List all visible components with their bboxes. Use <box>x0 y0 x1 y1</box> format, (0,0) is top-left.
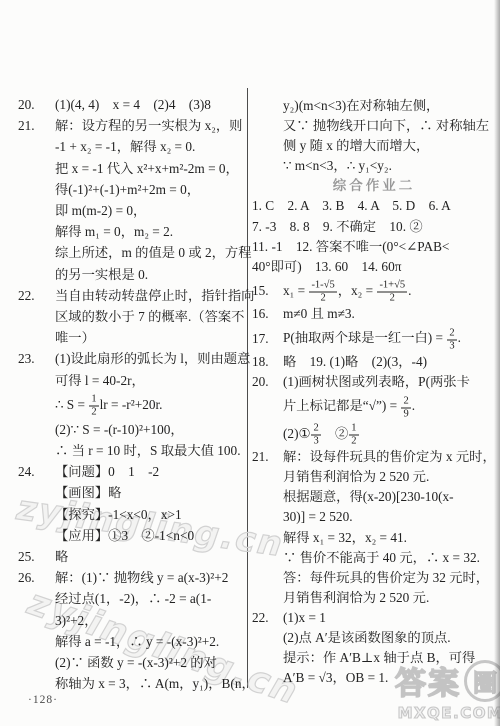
line-text: (1)设此扇形的弧长为 l，则由题意 <box>55 348 250 369</box>
line-text: 【探究】-1<x<0，x>1 <box>55 504 182 525</box>
answer-line: 22.当自由转动转盘停止时，指针指向 <box>18 285 248 306</box>
line-text: (2)∵ 函数 y = -(x-3)²+2 的对 <box>55 652 217 673</box>
line-text: 侧 y 随 x 的增大而增大， <box>283 136 429 156</box>
line-text: 又∵ 抛物线开口向下，∴ 对称轴左 <box>283 116 489 136</box>
line-text: (2)点 A′是该函数图象的顶点. <box>283 628 451 648</box>
answer-line: 15.x₁ = -1-√52，x₂ = -1+√52. <box>252 277 496 305</box>
line-text: 片上标记都是“√”) = 29. <box>283 392 415 420</box>
line-text: 解得 a = -1，∴ y = -(x-3)²+2. <box>55 631 219 652</box>
scanned-answer-page: zyjingling.cn zyjingling.cn 20.(1)(4, 4)… <box>0 0 500 726</box>
answer-line: 可得 l = 40-2r， <box>18 370 248 391</box>
line-text: 【画图】略 <box>55 482 121 503</box>
line-text: 11. -1 12. 答案不唯一(0°<∠PAB< <box>252 237 449 257</box>
answer-line: 解得 m₁ = 0，m₂ = 2. <box>18 221 248 242</box>
line-text: 30)] = 2 520. <box>283 507 353 527</box>
line-text: (1)x = 1 <box>283 608 326 628</box>
line-text: 月销售利润恰为 2 520 元. <box>283 588 429 608</box>
answer-line: 得(-1)²+(-1)+m²+2m = 0， <box>18 179 248 200</box>
answer-line: 3)²+2， <box>18 610 248 631</box>
line-text: 解得 m₁ = 0，m₂ = 2. <box>55 221 173 242</box>
answer-line: 40°即可) 13. 60 14. 60π <box>252 257 496 277</box>
answer-line: 即 m(m-2) = 0， <box>18 200 248 221</box>
answer-line: 23.(1)设此扇形的弧长为 l，则由题意 <box>18 348 248 369</box>
line-text: 解：设方程的另一实根为 x₂，则 <box>55 115 242 136</box>
answer-line: 30)] = 2 520. <box>252 507 496 527</box>
answer-line: 【应用】①3 ②-1<n<0 <box>18 525 248 546</box>
line-text: (2)∵ S = -(r-10)²+100， <box>55 419 184 440</box>
line-text: 解得 x₁ = 32，x₂ = 41. <box>283 528 407 548</box>
answer-line: ∵ m<n<3，∴ y₁<y₂. <box>252 156 496 176</box>
line-text: -1 + x₂ = -1，解得 x₂ = 0. <box>55 136 195 157</box>
line-text: 区域的数小于 7 的概率.（答案不 <box>55 306 244 327</box>
line-text: 唯一） <box>55 327 95 348</box>
answer-line: 11. -1 12. 答案不唯一(0°<∠PAB< <box>252 237 496 257</box>
answer-line: 答：每件玩具的售价定为 32 元时， <box>252 568 496 588</box>
line-text: 7. -3 8. 8 9. 不确定 10. ② <box>252 217 423 237</box>
answer-line: -1 + x₂ = -1，解得 x₂ = 0. <box>18 136 248 157</box>
line-text: 3)²+2， <box>55 610 98 631</box>
answer-line: 解得 x₁ = 32，x₂ = 41. <box>252 528 496 548</box>
fraction: 12 <box>89 394 98 419</box>
answer-line: 7. -3 8. 8 9. 不确定 10. ② <box>252 217 496 237</box>
line-text: 可得 l = 40-2r， <box>55 370 145 391</box>
answer-line: 解得 a = -1，∴ y = -(x-3)²+2. <box>18 631 248 652</box>
line-text: 略 19. (1)略 (2)(3，-4) <box>283 352 427 372</box>
right-column: y₂)(m<n<3)在对称轴左侧，又∵ 抛物线开口向下，∴ 对称轴左侧 y 随 … <box>252 96 496 688</box>
line-text: ∴ 当 r = 10 时，S 取最大值 100. <box>55 440 241 461</box>
item-number: 22. <box>18 285 55 306</box>
answer-line: 25.略 <box>18 546 248 567</box>
answer-line: 21.解：设每件玩具的售价定为 x 元时， <box>252 447 496 467</box>
answer-line: 月销售利润恰为 2 520 元. <box>252 467 496 487</box>
answer-line: (2)点 A′是该函数图象的顶点. <box>252 628 496 648</box>
item-number: 15. <box>252 277 283 304</box>
answer-line: 20.(1)(4, 4) x = 4 (2)4 (3)8 <box>18 94 248 115</box>
answer-line: (2)①23 ②12 <box>252 420 496 448</box>
item-number: 25. <box>18 546 55 567</box>
answer-line: 月销售利润恰为 2 520 元. <box>252 588 496 608</box>
answer-circle-logo: 答案 圈 MXQE.COM <box>395 658 500 722</box>
answer-line: 经过点(1，-2)，∴ -2 = a(1- <box>18 588 248 609</box>
answer-line: 16.m≠0 且 m≠3. <box>252 304 496 324</box>
fraction: -1+√52 <box>377 280 407 305</box>
answer-line: 【画图】略 <box>18 482 248 503</box>
fraction: 23 <box>447 327 456 352</box>
line-text: 称轴为 x = 3，∴ A(m，y₁)，B(n， <box>55 673 255 694</box>
answer-line: 26.解：(1)∵ 抛物线 y = a(x-3)²+2 <box>18 567 248 588</box>
line-text: P(抽取两个球是一红一白) = 23. <box>283 324 461 352</box>
line-text: 【应用】①3 ②-1<n<0 <box>55 525 194 546</box>
line-text: (1)画树状图或列表略，P(两张卡 <box>283 372 470 392</box>
item-number: 22. <box>252 608 283 628</box>
answer-line: ∴ S = 12lr = -r²+20r. <box>18 391 248 419</box>
line-text: 1. C 2. A 3. B 4. A 5. D 6. A <box>252 196 451 216</box>
line-text: (1)(4, 4) x = 4 (2)4 (3)8 <box>55 94 211 115</box>
answer-line: (2)∵ S = -(r-10)²+100， <box>18 419 248 440</box>
fraction: 29 <box>401 395 410 420</box>
line-text: 略 <box>55 546 68 567</box>
page-number: ·128· <box>28 694 58 706</box>
line-text: x₁ = -1-√52，x₂ = -1+√52. <box>283 277 411 305</box>
line-text: 把 x = -1 代入 x²+x+m²-2m = 0， <box>55 158 239 179</box>
line-text: 得(-1)²+(-1)+m²+2m = 0， <box>55 179 200 200</box>
answer-line: (2)∵ 函数 y = -(x-3)²+2 的对 <box>18 652 248 673</box>
line-text: ∵ m<n<3，∴ y₁<y₂. <box>283 156 392 176</box>
line-text: 答：每件玩具的售价定为 32 元时， <box>283 568 489 588</box>
fraction: 12 <box>349 423 358 448</box>
answer-line: 片上标记都是“√”) = 29. <box>252 392 496 420</box>
answer-line: 21.解：设方程的另一实根为 x₂，则 <box>18 115 248 136</box>
line-text: A′B = √3，OB = 1. <box>283 668 388 688</box>
item-number: 21. <box>252 447 283 467</box>
answer-line: 22.(1)x = 1 <box>252 608 496 628</box>
line-text: 解：(1)∵ 抛物线 y = a(x-3)²+2 <box>55 567 228 588</box>
item-number: 16. <box>252 304 283 324</box>
line-text: 的另一实根是 0. <box>55 264 148 285</box>
line-text: y₂)(m<n<3)在对称轴左侧， <box>283 96 439 116</box>
line-text: 解：设每件玩具的售价定为 x 元时， <box>283 447 496 467</box>
line-text: (2)①23 ②12 <box>283 420 360 448</box>
line-text: 经过点(1，-2)，∴ -2 = a(1- <box>55 588 211 609</box>
line-text: m≠0 且 m≠3. <box>283 304 355 324</box>
item-number: 20. <box>18 94 55 115</box>
answer-line: y₂)(m<n<3)在对称轴左侧， <box>252 96 496 116</box>
answer-line: 18.略 19. (1)略 (2)(3，-4) <box>252 352 496 372</box>
answer-line: 称轴为 x = 3，∴ A(m，y₁)，B(n， <box>18 673 248 694</box>
item-number: 21. <box>18 115 55 136</box>
line-text: 当自由转动转盘停止时，指针指向 <box>55 285 254 306</box>
answer-line: 区域的数小于 7 的概率.（答案不 <box>18 306 248 327</box>
answer-line: 17.P(抽取两个球是一红一白) = 23. <box>252 324 496 352</box>
logo-main-text: 答案 <box>395 658 461 703</box>
answer-line: 唯一） <box>18 327 248 348</box>
answer-line: 的另一实根是 0. <box>18 264 248 285</box>
line-text: 根据题意，得(x-20)[230-10(x- <box>283 487 454 507</box>
line-text: ∵ 售价不能高于 40 元，∴ x = 32. <box>283 548 480 568</box>
line-text: 综合作业二 <box>333 176 416 196</box>
answer-line: 【探究】-1<x<0，x>1 <box>18 504 248 525</box>
item-number: 18. <box>252 352 283 372</box>
answer-line: 综上所述，m 的值是 0 或 2，方程 <box>18 242 248 263</box>
answer-line: 1. C 2. A 3. B 4. A 5. D 6. A <box>252 196 496 216</box>
page-edge-shadow <box>494 0 500 726</box>
item-number: 17. <box>252 325 283 352</box>
line-text: ∴ S = 12lr = -r²+20r. <box>55 391 163 419</box>
answer-line: 根据题意，得(x-20)[230-10(x- <box>252 487 496 507</box>
line-text: 即 m(m-2) = 0， <box>55 200 146 221</box>
item-number: 23. <box>18 348 55 369</box>
line-text: 综上所述，m 的值是 0 或 2，方程 <box>55 242 252 263</box>
answer-line: ∴ 当 r = 10 时，S 取最大值 100. <box>18 440 248 461</box>
answer-line: 24.【问题】0 1 -2 <box>18 461 248 482</box>
item-number: 24. <box>18 461 55 482</box>
section-heading: 综合作业二 <box>252 176 496 196</box>
answer-line: ∵ 售价不能高于 40 元，∴ x = 32. <box>252 548 496 568</box>
answer-line: 把 x = -1 代入 x²+x+m²-2m = 0， <box>18 158 248 179</box>
line-text: 月销售利润恰为 2 520 元. <box>283 467 429 487</box>
answer-line: 又∵ 抛物线开口向下，∴ 对称轴左 <box>252 116 496 136</box>
item-number: 26. <box>18 567 55 588</box>
left-column: 20.(1)(4, 4) x = 4 (2)4 (3)821.解：设方程的另一实… <box>18 94 248 694</box>
line-text: 【问题】0 1 -2 <box>55 461 159 482</box>
answer-line: 20.(1)画树状图或列表略，P(两张卡 <box>252 372 496 392</box>
logo-domain-text: MXQE.COM <box>395 704 500 722</box>
item-number: 20. <box>252 372 283 392</box>
answer-line: 侧 y 随 x 的增大而增大， <box>252 136 496 156</box>
fraction: -1-√52 <box>309 280 336 305</box>
line-text: 40°即可) 13. 60 14. 60π <box>252 257 401 277</box>
fraction: 23 <box>311 423 320 448</box>
